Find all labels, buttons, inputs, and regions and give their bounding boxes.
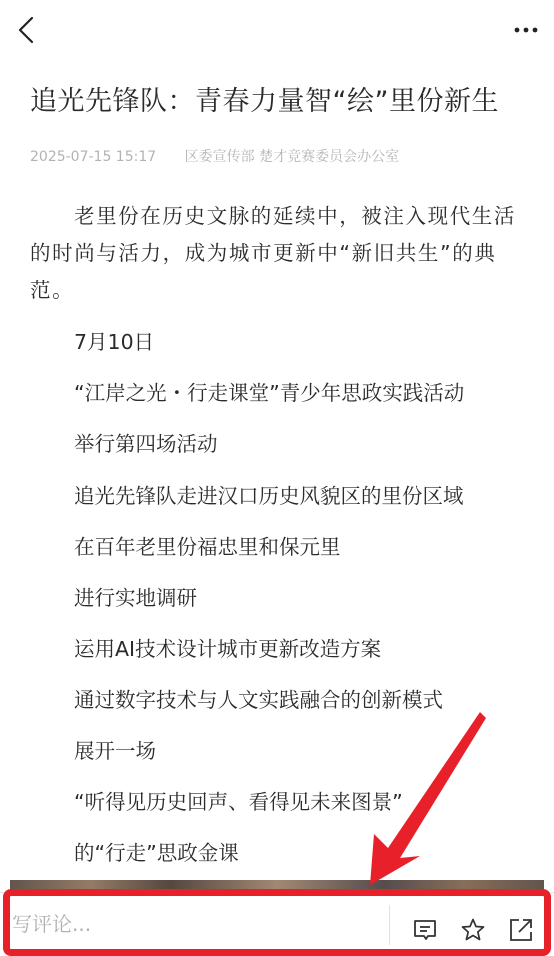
article-line: 的“行走”思政金课 bbox=[74, 836, 239, 866]
article-line: 7月10日 bbox=[74, 325, 154, 355]
article-line: “江岸之光・行走课堂”青少年思政实践活动 bbox=[74, 376, 464, 406]
chevron-left-icon bbox=[14, 14, 42, 46]
bottom-action-bar bbox=[0, 892, 554, 956]
star-icon bbox=[460, 917, 486, 943]
article-image-partial bbox=[10, 880, 544, 892]
more-horizontal-icon bbox=[512, 18, 540, 42]
article-line: 追光先锋队走进汉口历史风貌区的里份区域 bbox=[74, 479, 464, 509]
article-line: 运用AI技术设计城市更新改造方案 bbox=[74, 632, 381, 662]
article-line: 通过数字技术与人文实践融合的创新模式 bbox=[74, 683, 443, 713]
article-line: 举行第四场活动 bbox=[74, 427, 218, 457]
article-intro: 老里份在历史文脉的延续中，被注入现代生活的时尚与活力，成为城市更新中“新旧共生”… bbox=[30, 198, 530, 309]
article-source: 区委宣传部 楚才竞赛委员会办公室 bbox=[185, 149, 399, 165]
comment-input[interactable] bbox=[12, 907, 372, 941]
more-options-button[interactable] bbox=[512, 18, 540, 42]
comments-button[interactable] bbox=[412, 917, 438, 943]
comment-icon bbox=[412, 917, 438, 943]
article-title: 追光先锋队：青春力量智“绘”里份新生 bbox=[30, 84, 540, 120]
divider bbox=[389, 905, 390, 945]
article-line: “听得见历史回声、看得见未来图景” bbox=[74, 785, 403, 815]
share-icon bbox=[508, 917, 534, 943]
back-button[interactable] bbox=[14, 14, 42, 46]
article-line: 展开一场 bbox=[74, 734, 156, 764]
article-meta: 2025-07-15 15:17 区委宣传部 楚才竞赛委员会办公室 bbox=[30, 146, 399, 166]
publish-datetime: 2025-07-15 15:17 bbox=[30, 149, 156, 165]
article-line: 进行实地调研 bbox=[74, 581, 197, 611]
article-line: 在百年老里份福忠里和保元里 bbox=[74, 530, 341, 560]
share-button[interactable] bbox=[508, 917, 534, 943]
favorite-button[interactable] bbox=[460, 917, 486, 943]
top-navigation-bar bbox=[0, 0, 554, 62]
